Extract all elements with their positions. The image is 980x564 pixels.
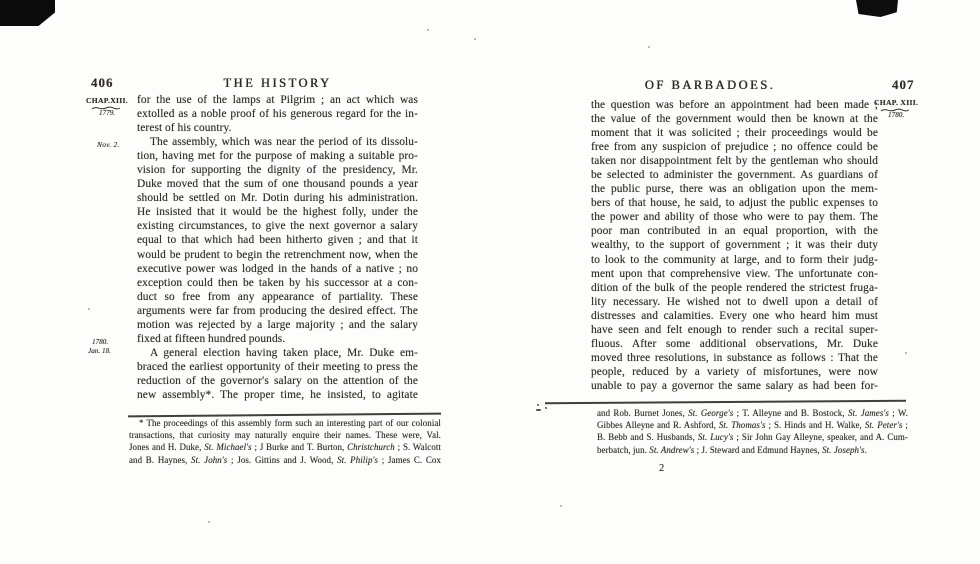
ink-speck bbox=[474, 38, 476, 40]
page-number: 406 bbox=[91, 75, 114, 91]
text-line: extolled as a noble proof of his generou… bbox=[137, 107, 418, 121]
text-line: tion, having met for the purpose of maki… bbox=[137, 149, 418, 163]
text-line: fluous. After some additional observatio… bbox=[591, 337, 878, 351]
text-line: He insisted that it would be the highest… bbox=[137, 205, 418, 219]
margin-chapter-year: 1779. bbox=[99, 109, 115, 117]
text-line: people, reduced by a variety of misfortu… bbox=[591, 365, 878, 379]
page-body-text: for the use of the lamps at Pilgrim ; an… bbox=[137, 93, 418, 402]
text-line: the question was before an appointment h… bbox=[591, 98, 878, 112]
footnote-line: Jones and H. Duke, St. Michael's ; J Bur… bbox=[129, 441, 441, 453]
text-line: vision for supporting the dignity of the… bbox=[137, 163, 418, 177]
text-line: arguments were far from producing the de… bbox=[137, 304, 418, 318]
text-line: to look to the community at large, and t… bbox=[591, 253, 878, 267]
ink-speck bbox=[560, 505, 562, 507]
footnote-text: * The proceedings of this assembly form … bbox=[129, 417, 441, 466]
text-line: taken nor disappointment felt by the gen… bbox=[591, 154, 878, 168]
footnote-line: Gibbes Alleyne and R. Ashford, St. Thoma… bbox=[597, 419, 908, 431]
text-line: unable to pay a governor the same salary… bbox=[591, 379, 878, 393]
text-line: duct so free from any appearance of part… bbox=[137, 290, 418, 304]
footnote-line: and Rob. Burnet Jones, St. George's ; T.… bbox=[597, 407, 908, 419]
text-line: bers of that house, he said, to adjust t… bbox=[591, 196, 878, 210]
margin-date-note: Nov. 2. bbox=[97, 140, 120, 149]
text-line: new assembly*. The proper time, he insis… bbox=[137, 388, 418, 402]
text-line: moment that it was solicited ; their pro… bbox=[591, 126, 878, 140]
text-line: fixed at fifteen hundred pounds. bbox=[137, 332, 418, 346]
text-line: for the use of the lamps at Pilgrim ; an… bbox=[137, 93, 418, 107]
text-line: poor man contributed in an equal proport… bbox=[591, 224, 878, 238]
ink-speck bbox=[88, 308, 90, 310]
footnote-line: transactions, that curiosity may natural… bbox=[129, 429, 441, 441]
text-line: the value of the government would then b… bbox=[591, 112, 878, 126]
text-line: dition of the bulk of the people rendere… bbox=[591, 281, 878, 295]
text-line: reduction of the governor's salary on th… bbox=[137, 374, 418, 388]
footnote-rule bbox=[545, 400, 906, 404]
scan-artifact-patch bbox=[856, 0, 898, 17]
text-line: ment upon that comprehensive view. The u… bbox=[591, 267, 878, 281]
book-scan: 406 THE HISTORY CHAP.XIII. 1779. Nov. 2.… bbox=[0, 0, 980, 564]
text-line: existing circumstances, to give the next… bbox=[137, 219, 418, 233]
text-line: free from any suspicion of prejudice ; n… bbox=[591, 140, 878, 154]
text-line: have seen and felt enough to render such… bbox=[591, 323, 878, 337]
ink-speck bbox=[648, 46, 650, 48]
footnote-line: B. Bebb and S. Husbands, St. Lucy's ; Si… bbox=[597, 431, 908, 443]
margin-chapter-label: CHAP. XIII. bbox=[874, 98, 918, 107]
signature-mark: 2 bbox=[659, 463, 664, 474]
ink-speck bbox=[427, 29, 429, 31]
margin-date-note: Jan. 18. bbox=[88, 347, 111, 355]
text-line: exception could then be taken by his suc… bbox=[137, 276, 418, 290]
ink-speck bbox=[905, 352, 907, 354]
text-line: should be settled on Mr. Dotin during hi… bbox=[137, 191, 418, 205]
page-body-text: the question was before an appointment h… bbox=[591, 98, 878, 393]
text-line: the power and ability of those who were … bbox=[591, 210, 878, 224]
scan-artifact-corner bbox=[0, 0, 55, 26]
running-header: THE HISTORY bbox=[137, 76, 418, 91]
footnote-line: * The proceedings of this assembly form … bbox=[129, 417, 441, 429]
text-line: would be prudent to begin the retrenchme… bbox=[137, 248, 418, 262]
ink-smudge bbox=[536, 404, 550, 412]
text-line: lity necessary. He wished not to dwell u… bbox=[591, 295, 878, 309]
text-line: A general election having taken place, M… bbox=[137, 346, 418, 360]
footnote-line: berbatch, jun. St. Andrew's ; J. Steward… bbox=[597, 444, 908, 456]
text-line: terest of his country. bbox=[137, 121, 418, 135]
running-header: OF BARBADOES. bbox=[575, 78, 845, 93]
text-line: The assembly, which was near the period … bbox=[137, 135, 418, 149]
text-line: moved three resolutions, in substance as… bbox=[591, 351, 878, 365]
text-line: be selected to administer the government… bbox=[591, 168, 878, 182]
text-line: braced the earliest opportunity of their… bbox=[137, 360, 418, 374]
text-line: executive power was lodged in the hands … bbox=[137, 262, 418, 276]
margin-chapter-year: 1780. bbox=[888, 111, 904, 119]
margin-date-note: 1780. bbox=[92, 338, 108, 346]
ink-speck bbox=[208, 521, 210, 523]
text-line: motion was rejected by a large majority … bbox=[137, 318, 418, 332]
text-line: the public purse, there was an obligatio… bbox=[591, 182, 878, 196]
footnote-text: and Rob. Burnet Jones, St. George's ; T.… bbox=[597, 407, 908, 456]
text-line: distresses and calamities. Every one who… bbox=[591, 309, 878, 323]
text-line: equal to that which had been hitherto gi… bbox=[137, 233, 418, 247]
margin-chapter-label: CHAP.XIII. bbox=[86, 96, 128, 105]
text-line: Duke moved that the sum of one thousand … bbox=[137, 177, 418, 191]
page-number: 407 bbox=[892, 77, 915, 93]
text-line: wealthy, to the support of government ; … bbox=[591, 238, 878, 252]
footnote-line: and B. Haynes, St. John's ; Jos. Gittins… bbox=[129, 454, 441, 466]
